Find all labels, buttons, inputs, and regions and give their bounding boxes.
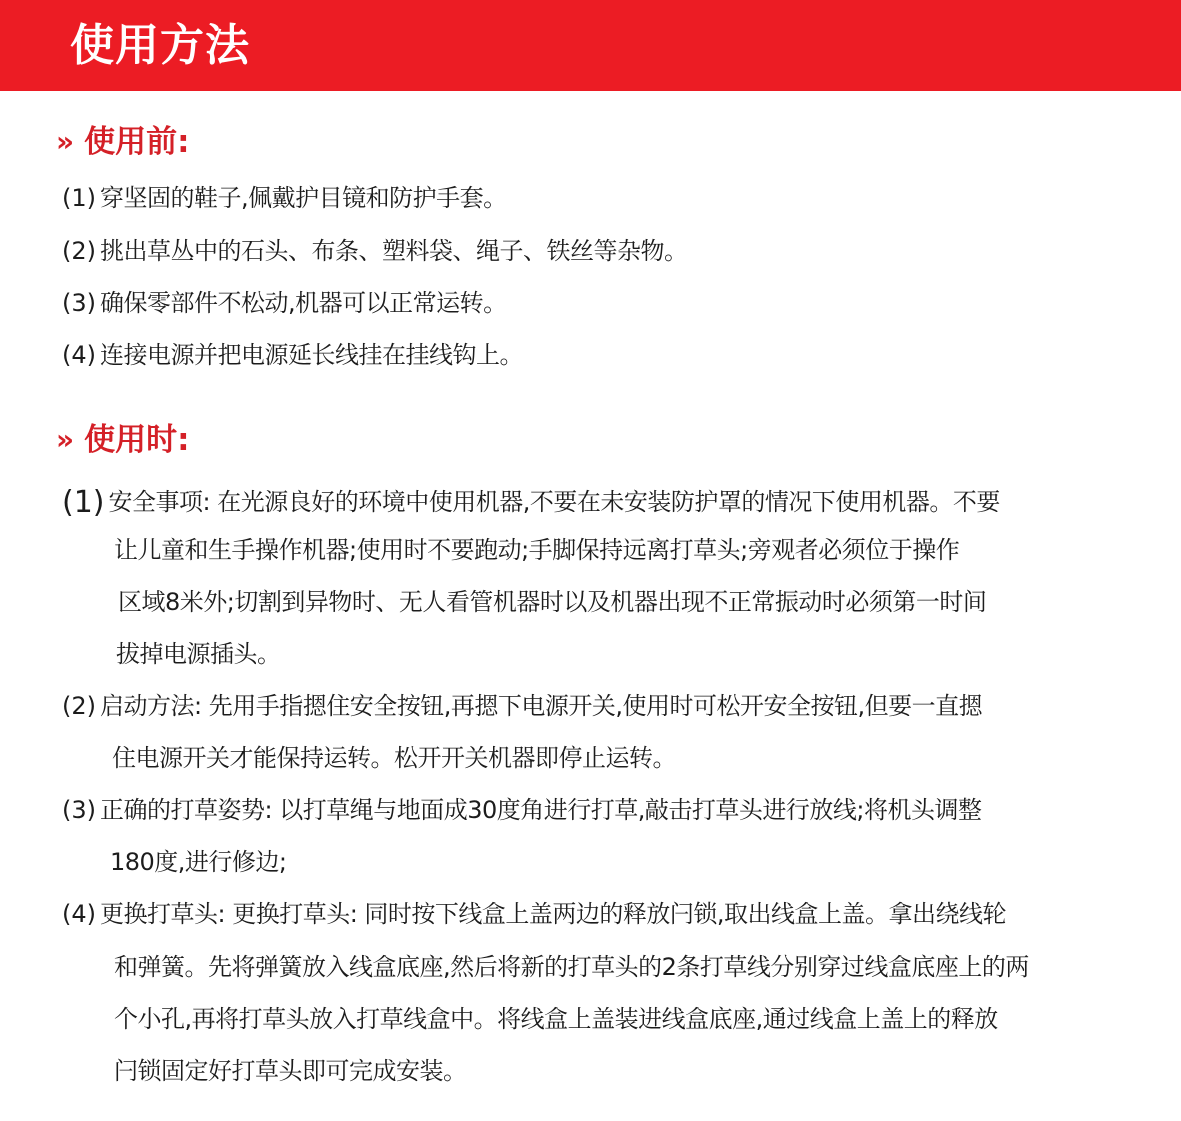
item-continuation: 让儿童和生手操作机器;使用时不要跑动;手脚保持远离打草头;旁观者必须位于操作: [114, 534, 959, 566]
item-continuation: 180度,进行修边;: [110, 846, 287, 878]
item-text: 更换打草头: 更换打草头: 同时按下线盒上盖两边的释放闩锁,取出线盒上盖。拿出绕…: [100, 900, 1006, 928]
section-heading-before-use: »使用前:: [56, 122, 190, 163]
section-heading-during-use: »使用时:: [56, 420, 190, 461]
item-text: 正确的打草姿势: 以打草绳与地面成30度角进行打草,敲击打草头进行放线;将机头调…: [100, 796, 981, 824]
list-item: (1)穿坚固的鞋子,佩戴护目镜和防护手套。: [62, 182, 507, 214]
item-number: (4): [62, 898, 96, 930]
item-number: (1): [62, 487, 105, 519]
item-text: 穿坚固的鞋子,佩戴护目镜和防护手套。: [100, 184, 507, 212]
item-text: 启动方法: 先用手指摁住安全按钮,再摁下电源开关,使用时可松开安全按钮,但要一直…: [100, 692, 982, 720]
item-number: (3): [62, 287, 96, 319]
list-item-start-method: (2)启动方法: 先用手指摁住安全按钮,再摁下电源开关,使用时可松开安全按钮,但…: [62, 690, 982, 722]
double-chevron-right-icon: »: [56, 122, 74, 162]
item-continuation: 拔掉电源插头。: [116, 638, 281, 670]
item-continuation: 个小孔,再将打草头放入打草线盒中。将线盒上盖装进线盒底座,通过线盒上盖上的释放: [114, 1003, 998, 1035]
item-continuation: 住电源开关才能保持运转。松开开关机器即停止运转。: [112, 742, 676, 774]
title-banner: 使用方法: [0, 0, 1181, 91]
item-continuation: 区域8米外;切割到异物时、无人看管机器时以及机器出现不正常振动时必须第一时间: [118, 586, 986, 618]
list-item-safety: (1)安全事项: 在光源良好的环境中使用机器,不要在未安装防护罩的情况下使用机器…: [62, 485, 1000, 518]
list-item: (4)连接电源并把电源延长线挂在挂线钩上。: [62, 339, 523, 371]
list-item-posture: (3)正确的打草姿势: 以打草绳与地面成30度角进行打草,敲击打草头进行放线;将…: [62, 794, 981, 826]
item-text: 挑出草丛中的石头、布条、塑料袋、绳子、铁丝等杂物。: [100, 237, 688, 265]
list-item-replace-head: (4)更换打草头: 更换打草头: 同时按下线盒上盖两边的释放闩锁,取出线盒上盖。…: [62, 898, 1006, 930]
section-heading-label: 使用前:: [84, 124, 189, 160]
list-item: (2)挑出草丛中的石头、布条、塑料袋、绳子、铁丝等杂物。: [62, 235, 688, 267]
item-continuation: 闩锁固定好打草头即可完成安装。: [114, 1055, 467, 1087]
item-number: (2): [62, 235, 96, 267]
section-heading-label: 使用时:: [84, 422, 189, 458]
double-chevron-right-icon: »: [56, 420, 74, 460]
item-number: (3): [62, 794, 96, 826]
item-number: (1): [62, 182, 96, 214]
item-text: 安全事项: 在光源良好的环境中使用机器,不要在未安装防护罩的情况下使用机器。不要: [109, 488, 1000, 516]
item-text: 连接电源并把电源延长线挂在挂线钩上。: [100, 341, 523, 369]
item-text: 确保零部件不松动,机器可以正常运转。: [100, 289, 507, 317]
item-continuation: 和弹簧。先将弹簧放入线盒底座,然后将新的打草头的2条打草线分别穿过线盒底座上的两: [114, 951, 1029, 983]
list-item: (3)确保零部件不松动,机器可以正常运转。: [62, 287, 507, 319]
page-title: 使用方法: [70, 16, 250, 76]
item-number: (4): [62, 339, 96, 371]
item-number: (2): [62, 690, 96, 722]
